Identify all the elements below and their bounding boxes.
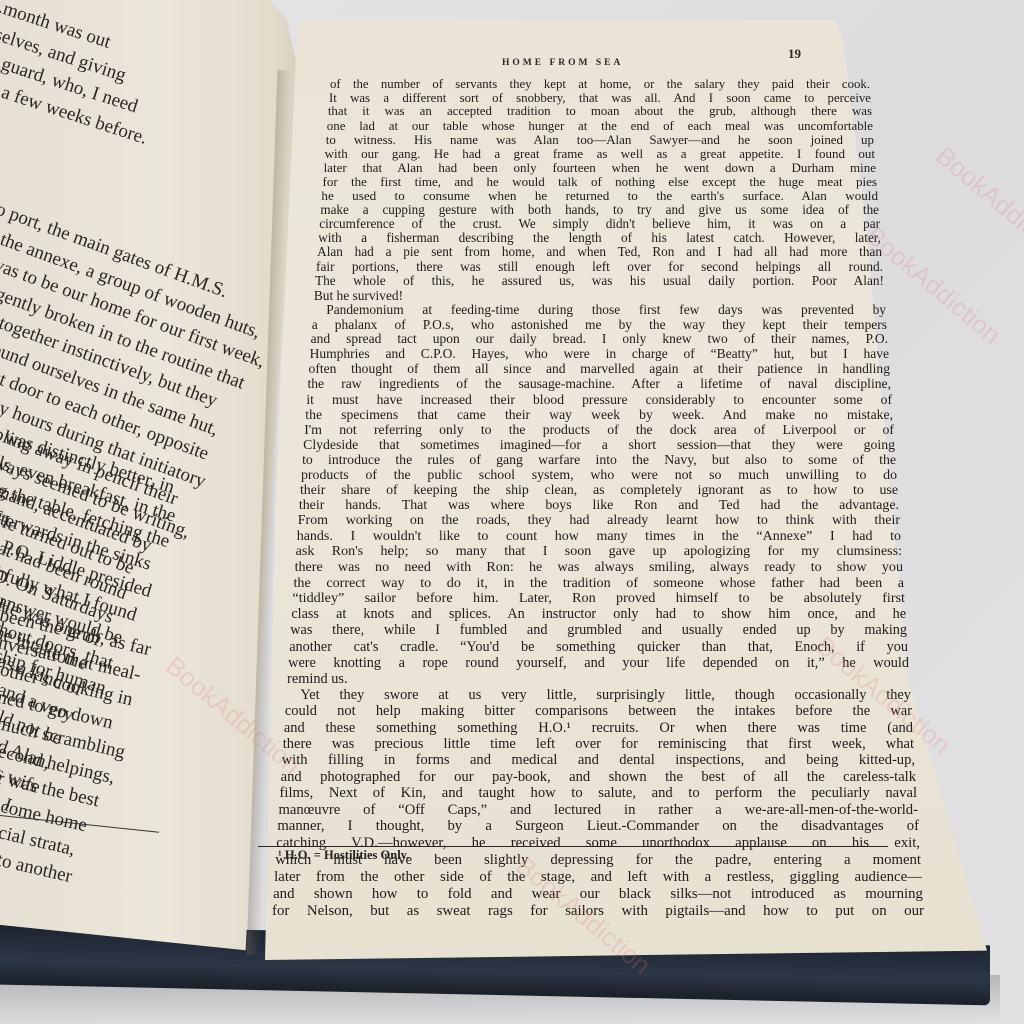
text-line: fair portions, there was still enough le…: [316, 260, 883, 274]
text-line: with a fisherman describing the length o…: [318, 231, 881, 245]
text-line: Humphries and C.P.O. Hayes, who were in …: [310, 347, 889, 362]
text-line: for Nelson, but as sweat rags for sailor…: [272, 903, 924, 920]
watermark: BookAddiction: [929, 140, 1024, 271]
text-line: that it was an accepted tradition to moa…: [328, 105, 872, 119]
right-page-body: of the number of servants they kept at h…: [330, 78, 890, 920]
text-line: and these something something H.O.¹ recr…: [284, 720, 913, 736]
text-line: Alan had a pie sent from home, and when …: [317, 245, 882, 259]
text-line: the specimens that came their way week b…: [305, 407, 893, 422]
footnote: ¹ H.O. = Hostilities Only.: [278, 848, 409, 863]
text-line: Clydeside that sometimes imagined—for a …: [303, 437, 895, 452]
text-line: It was a different sort of snobbery, tha…: [329, 92, 871, 106]
text-line: manner, I thought, by a Surgeon Lieut.-C…: [277, 818, 919, 835]
text-line: manœuvre of “Off Caps,” and lectured in …: [278, 802, 918, 819]
text-line: Pandemonium at feeding-time during those…: [313, 303, 886, 318]
text-line: I'm not referring only to the products o…: [304, 422, 894, 437]
text-line: to introduce the rules of gang warfare i…: [302, 452, 896, 467]
text-line: and shown how to fold and wear our black…: [273, 886, 923, 903]
text-line: one lad at our table whose hunger at the…: [327, 119, 873, 133]
text-line: later from the other side of the stage, …: [274, 869, 922, 886]
text-line: films, Next of Kin, and taught how to sa…: [280, 785, 917, 802]
book-photo: ...month was out...selves, and giving...…: [0, 0, 1024, 1024]
text-line: another cat's cradle. “You'd be somethin…: [289, 639, 908, 655]
text-line: their share of keeping the ship clean, a…: [300, 483, 898, 498]
footnote-rule: [258, 846, 888, 847]
text-line: a phalanx of P.O.s, who astonished me by…: [312, 318, 887, 333]
page-number: 19: [788, 46, 801, 62]
text-line: to witness. His name was Alan too—Alan S…: [326, 133, 874, 147]
text-line: with filling in forms and medical and de…: [282, 752, 915, 768]
text-line: of the number of servants they kept at h…: [330, 78, 870, 92]
text-line: The whole of this, he assured us, was hi…: [315, 274, 884, 288]
text-line: and spread tact upon our daily bread. I …: [311, 332, 888, 347]
text-line: ask Ron's help; so many that I soon gave…: [296, 544, 902, 560]
text-line: products of the public school system, wh…: [301, 467, 897, 482]
text-line: the raw ingredients of the sausage-machi…: [307, 377, 891, 392]
text-line: make a cupping gesture with both hands, …: [320, 203, 879, 217]
text-line: circumference of the crust. We simply di…: [319, 217, 880, 231]
text-line: class at knots and splices. An instructo…: [291, 607, 906, 623]
text-line: there was no need with Ron: he was alway…: [295, 560, 903, 576]
text-line: often thought of them all since and marv…: [309, 362, 890, 377]
text-line: From working on the roads, they had alre…: [298, 513, 900, 528]
text-line: it must have increased their blood press…: [306, 392, 892, 407]
text-line: was there, while I fumbled and grumbled …: [290, 623, 907, 639]
text-line: Yet they swore at us very little, surpri…: [286, 687, 911, 703]
text-line: “tiddley” sailor before him. Later, Ron …: [292, 591, 905, 607]
text-line: could not help making bitter comparisons…: [285, 703, 912, 719]
text-line: and photographed for our pay-book, and s…: [281, 769, 916, 786]
running-head: HOME FROM SEA: [502, 58, 623, 68]
text-line: their hands. That was where boys like Ro…: [299, 498, 899, 513]
text-line: hands. I wouldn't like to count how many…: [297, 529, 901, 545]
text-line: he used to consume when he returned to t…: [321, 189, 878, 203]
text-line: But he survived!: [314, 289, 885, 304]
text-line: with our gang. He had a great frame as w…: [325, 147, 875, 161]
text-line: remind us.: [287, 671, 910, 687]
text-line: the correct way to do it, in the traditi…: [293, 576, 904, 592]
text-line: later that Alan had been only fourteen w…: [324, 161, 876, 175]
text-line: there was precious little time left over…: [283, 736, 914, 752]
text-line: for the first time, and he would talk of…: [322, 175, 877, 189]
text-line: were knotting a rope round yourself, and…: [288, 655, 909, 671]
